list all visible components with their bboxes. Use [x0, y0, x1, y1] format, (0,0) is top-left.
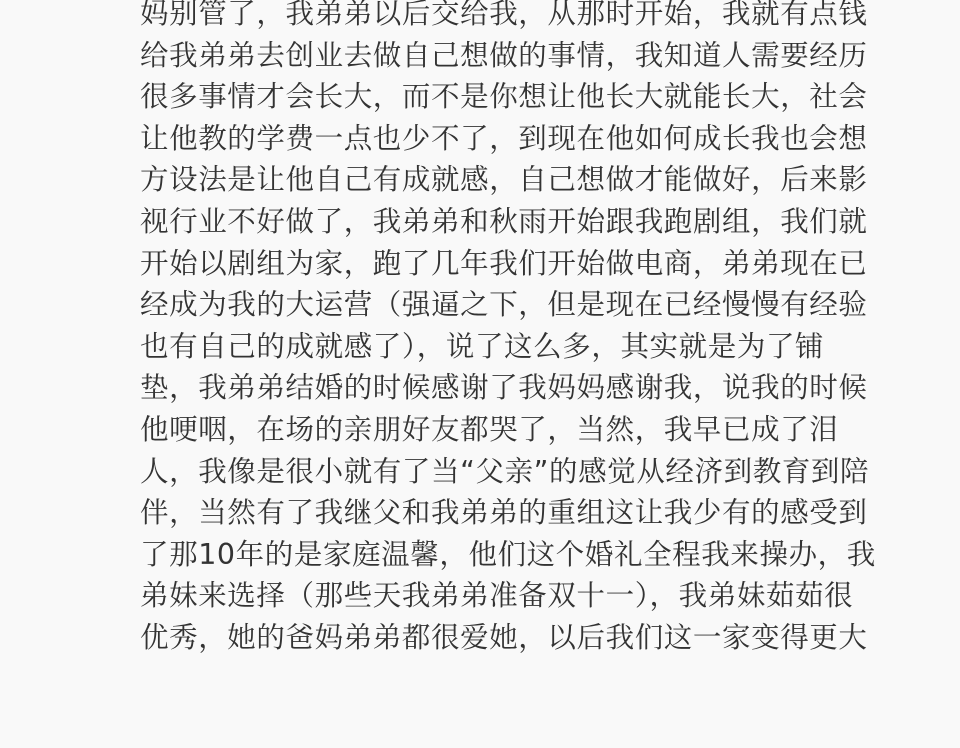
- text-line: 他哽咽，在场的亲朋好友都哭了，当然，我早已成了泪: [140, 409, 930, 451]
- text-line: 很多事情才会长大，而不是你想让他长大就能长大，社会: [140, 76, 930, 118]
- text-line: 伴，当然有了我继父和我弟弟的重组这让我少有的感受到: [140, 492, 930, 534]
- text-line: 垫，我弟弟结婚的时候感谢了我妈妈感谢我，说我的时候: [140, 367, 930, 409]
- text-line: 优秀，她的爸妈弟弟都很爱她，以后我们这一家变得更大: [140, 617, 930, 659]
- text-line: 妈别管了，我弟弟以后交给我，从那时开始，我就有点钱: [140, 0, 930, 35]
- article-body: 妈别管了，我弟弟以后交给我，从那时开始，我就有点钱 给我弟弟去创业去做自己想做的…: [140, 0, 930, 659]
- text-line: 给我弟弟去创业去做自己想做的事情，我知道人需要经历: [140, 35, 930, 77]
- text-line: 经成为我的大运营（强逼之下，但是现在已经慢慢有经验: [140, 284, 930, 326]
- text-line: 弟妹来选择（那些天我弟弟准备双十一），我弟妹茹茹很: [140, 575, 930, 617]
- text-line: 让他教的学费一点也少不了，到现在他如何成长我也会想: [140, 118, 930, 160]
- text-line: 也有自己的成就感了），说了这么多，其实就是为了铺: [140, 326, 930, 368]
- text-line: 开始以剧组为家，跑了几年我们开始做电商，弟弟现在已: [140, 243, 930, 285]
- text-line: 了那10年的是家庭温馨，他们这个婚礼全程我来操办，我: [140, 534, 930, 576]
- text-line: 视行业不好做了，我弟弟和秋雨开始跟我跑剧组，我们就: [140, 201, 930, 243]
- text-line: 方设法是让他自己有成就感，自己想做才能做好，后来影: [140, 159, 930, 201]
- document-page: 妈别管了，我弟弟以后交给我，从那时开始，我就有点钱 给我弟弟去创业去做自己想做的…: [0, 0, 960, 748]
- text-line: 人，我像是很小就有了当“父亲”的感觉从经济到教育到陪: [140, 451, 930, 493]
